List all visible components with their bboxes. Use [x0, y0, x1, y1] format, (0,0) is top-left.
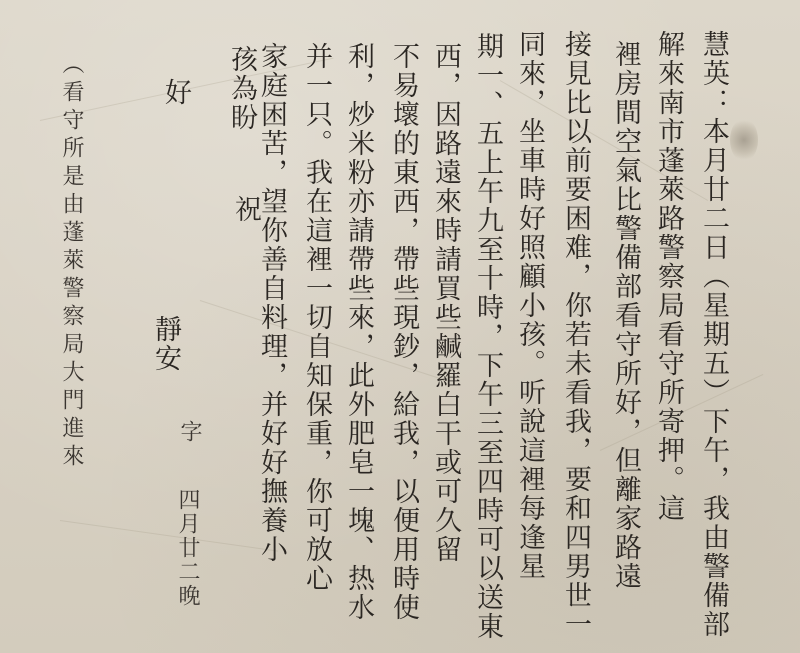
- letter-column-11: 家庭困苦，望你善自料理，并好好撫養小: [258, 42, 285, 564]
- signature-suffix: 字: [178, 420, 200, 444]
- letter-column-6: 期一、五上午九至十時，下午三至四時可以送東: [474, 32, 501, 641]
- paper-stain: [730, 118, 758, 162]
- signature-name: 靜安: [152, 315, 179, 373]
- letter-column-2: 解來南市蓬萊路警察局看守所寄押。這: [655, 30, 682, 523]
- letter-column-8: 不易壞的東西，帶些現鈔，給我，以便用時使: [390, 42, 417, 622]
- letter-column-12: 孩為盼: [228, 45, 255, 132]
- letter-column-9: 利，炒米粉亦請帶些來，此外肥皂一塊、热水: [345, 42, 372, 622]
- letter-column-10: 并一只。我在這裡一切自知保重，你可放心: [303, 42, 330, 593]
- letter-column-3: 裡房間空氣比警備部看守所好，但離家路遠: [612, 40, 639, 591]
- letter-column-4: 接見比以前要困难，你若未看我，要和四男世一: [562, 30, 589, 639]
- letter-paper: 慧英：本月廿二日（星期五）下午，我由警備部 解來南市蓬萊路警察局看守所寄押。這 …: [0, 0, 800, 653]
- letter-closing-hao: 好: [162, 78, 189, 107]
- letter-column-5: 同來，坐車時好照顧小孩。听說這裡每逢星: [516, 30, 543, 581]
- letter-column-7: 西，因路遠來時請買些鹹羅白干或可久留: [432, 42, 459, 564]
- signature-date: 四月廿二晚: [176, 488, 198, 608]
- letter-closing-zhu: 祝: [232, 195, 259, 224]
- paper-fiber: [60, 520, 278, 552]
- letter-column-1: 慧英：本月廿二日（星期五）下午，我由警備部: [700, 30, 727, 639]
- postscript: （看守所是由蓬萊警察局大門進來: [60, 52, 82, 472]
